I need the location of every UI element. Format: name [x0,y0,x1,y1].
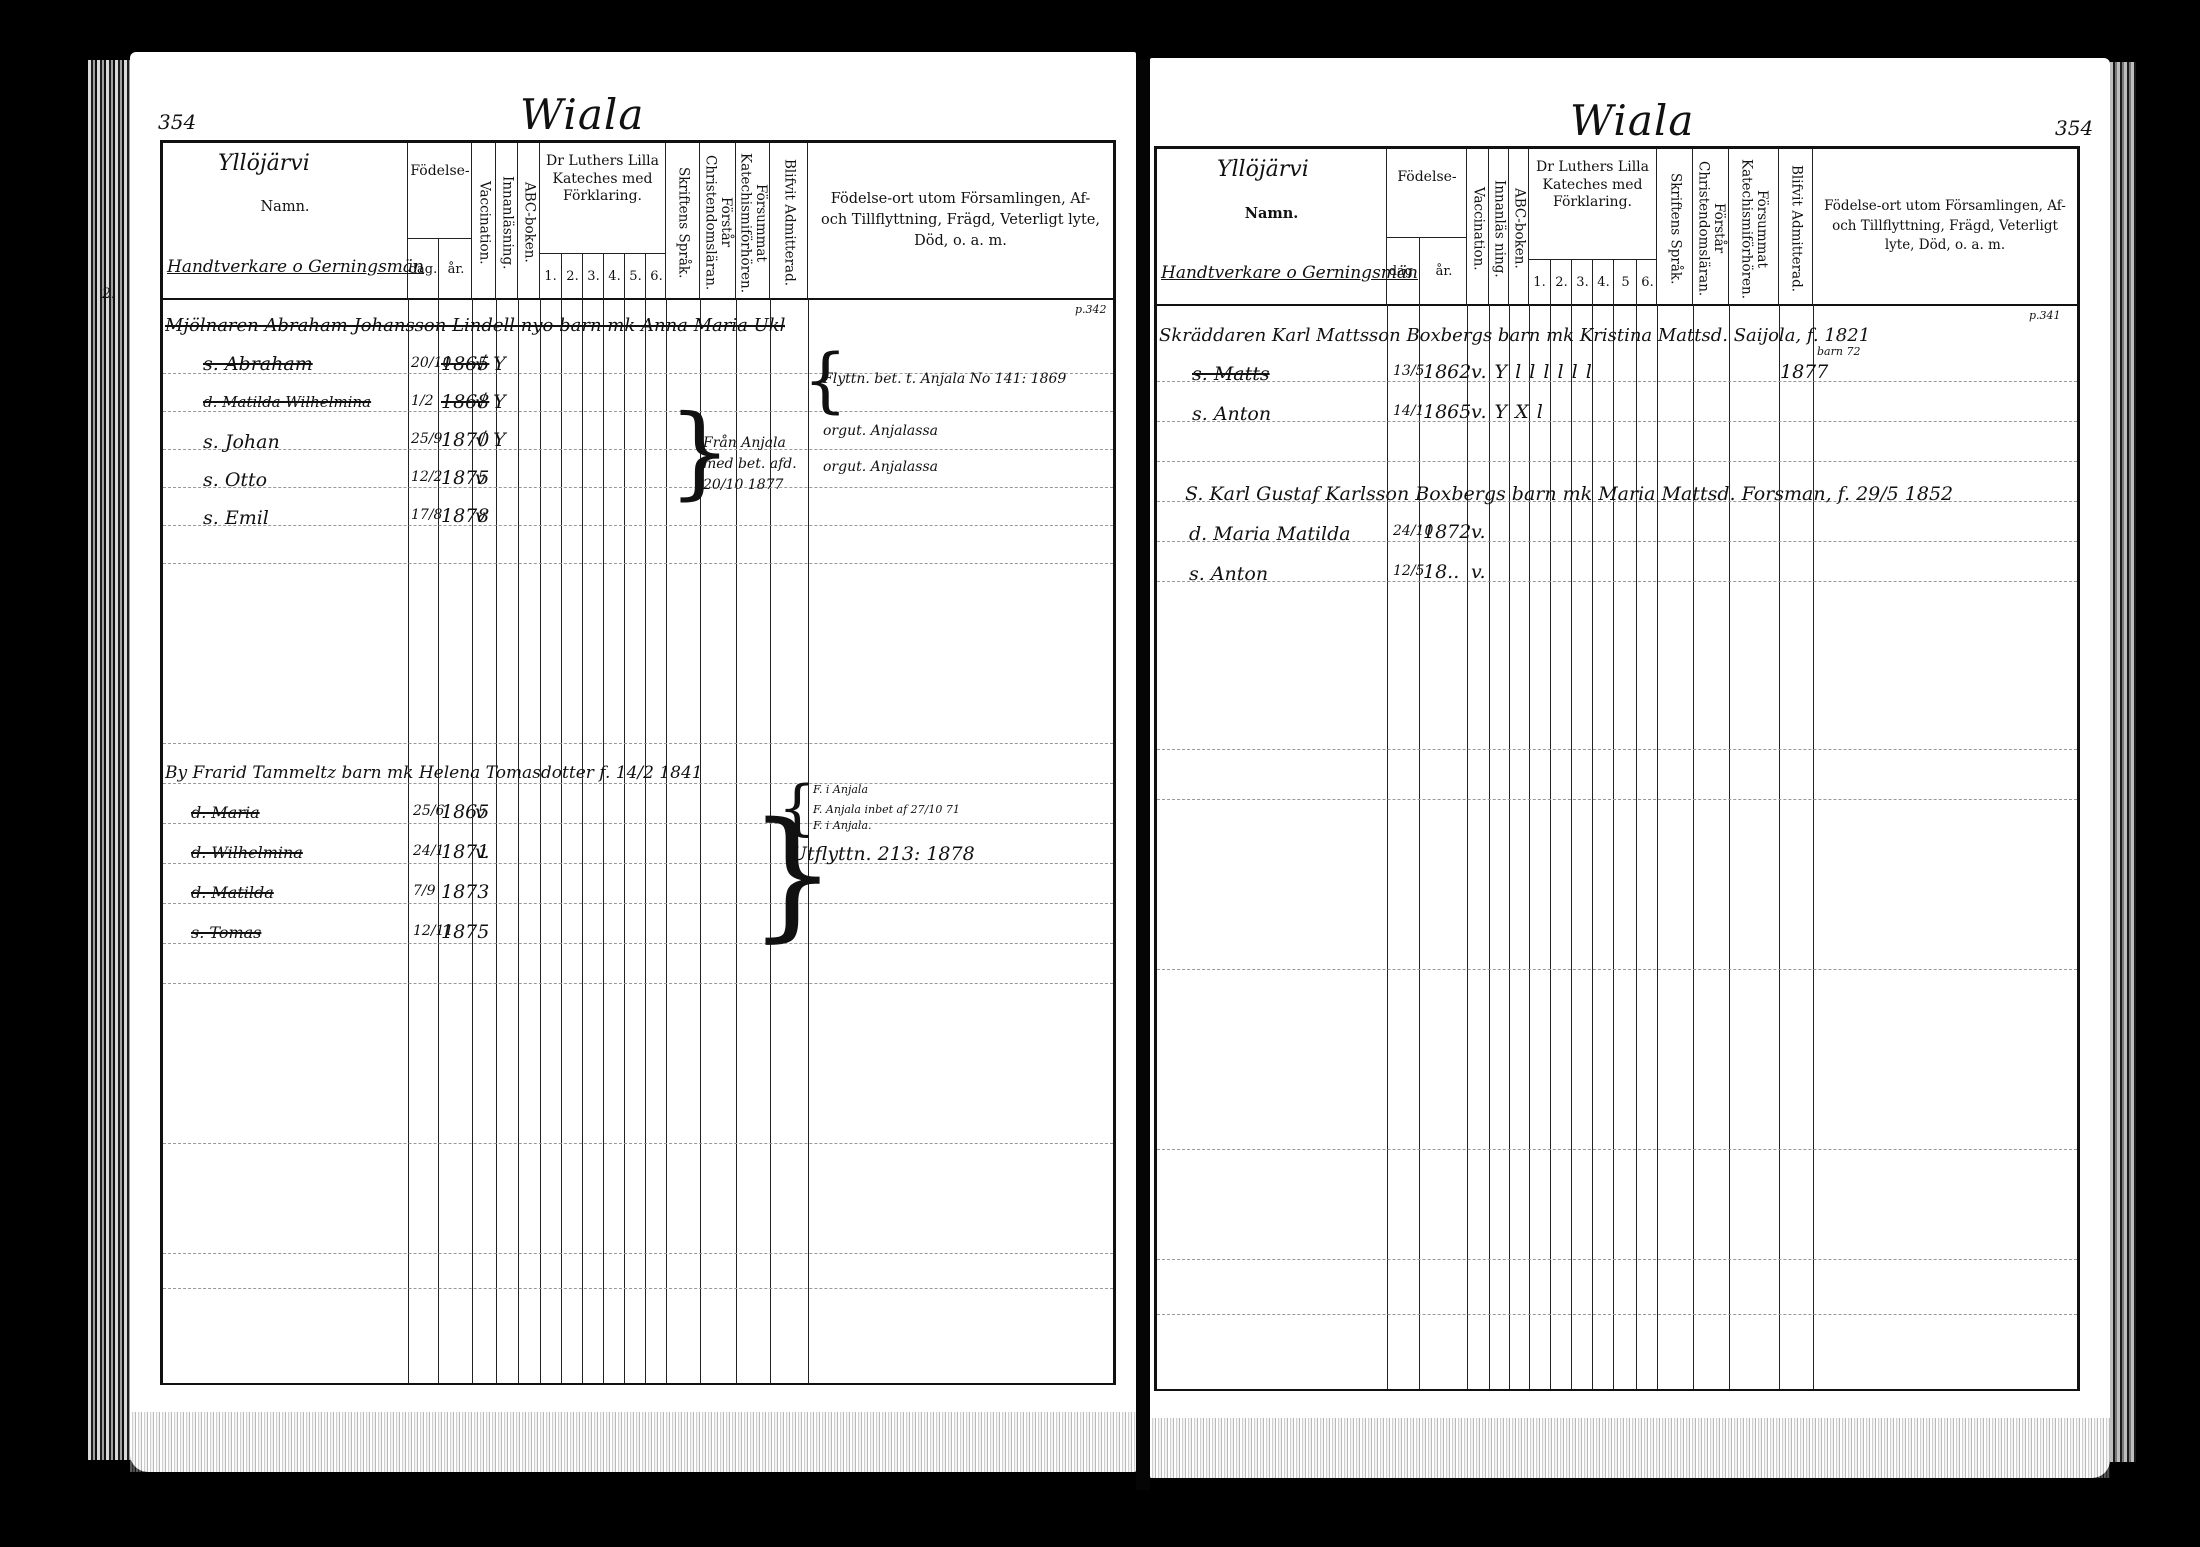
header-fodelseort: Födelse-ort utom Församlingen, Af- och T… [808,143,1113,298]
section-heading: Handtverkare o Gerningsmän [167,257,424,277]
village-name: Yllöjärvi [218,151,310,176]
left-page: 354 Wiala Yllöjärvi Namn. Handtverkare o… [130,52,1136,1472]
header-abc-boken: ABC-boken. [518,143,540,298]
header-luthers-katekes: Dr Luthers Lilla Kateches med Förklaring… [1529,149,1657,304]
header-innanlasning: Innanläsning. [496,143,518,298]
row-marker: 2. [102,286,115,302]
member-name: s. Emil [203,507,269,529]
corner-reference: p.341 [2029,309,2061,322]
note: Flyttn. bet. t. Anjala No 141: 1869 [823,371,1066,387]
corner-reference: p.342 [1075,303,1107,316]
member-name: d. Matilda Wilhelmina [203,393,371,411]
member-name: d. Matilda [191,883,274,902]
header-forsummat: Försummat Katechismiförhören. [1729,149,1779,304]
header-vaccination: Vaccination. [1467,149,1489,304]
household-head: By Frarid Tammeltz barn mk Helena Tomasd… [165,763,785,783]
dag-label: dag. [1387,238,1419,305]
village-name: Yllöjärvi [1217,157,1309,182]
member-name: s. Anton [1189,563,1268,585]
member-name: s. Abraham [203,353,313,375]
register-table: Yllöjärvi Namn. Handtverkare o Gerningsm… [1154,146,2080,1391]
header-namn: Yllöjärvi Namn. Handtverkare o Gerningsm… [1157,149,1387,304]
header-innanlasning: Innanläs ning. [1489,149,1509,304]
household-head: S. Karl Gustaf Karlsson Boxbergs barn mk… [1185,483,1953,505]
right-page: Wiala 354 Yllöjärvi Namn. Handtverkare o… [1150,58,2110,1478]
parish-heading: Wiala [1570,96,1694,145]
note: orgut. Anjalassa [823,459,938,475]
header-namn: Yllöjärvi Namn. Handtverkare o Gerningsm… [163,143,408,298]
header-blifvit-admitterad: Blifvit Admitterad. [1779,149,1813,304]
page-number: 354 [158,110,196,134]
household-head: Mjölnaren Abraham Johansson Lindell nyo … [165,315,785,336]
header-fodelse: Födelse- dag. år. [1387,149,1467,304]
book-page-edges-right [2110,62,2136,1462]
header-abc-boken: ABC-boken. [1509,149,1529,304]
member-name: s. Anton [1192,403,1271,425]
luthers-sub-columns: 1. 2. 3. 4. 5 6. [1529,259,1657,305]
head-note: barn 72 [1817,345,1860,358]
dag-label: dag. [408,239,438,299]
ar-label: år. [438,239,473,299]
header-forsummat: Försummat Katechismiförhören. [736,143,770,298]
member-name: d. Maria Matilda [1189,523,1351,545]
section-heading: Handtverkare o Gerningsmän [1161,263,1418,283]
header-fodelseort: Födelse-ort utom Församlingen, Af- och T… [1813,149,2077,304]
header-luthers-katekes: Dr Luthers Lilla Kateches med Förklaring… [540,143,666,298]
member-name: s. Tomas [191,923,261,942]
note: Från Anjala med bet. afd. 20/10 1877 [703,433,813,496]
member-name: s. Johan [203,431,280,453]
parish-heading: Wiala [520,90,644,139]
namn-label: Namn. [1157,205,1386,222]
brace-icon: } [748,793,837,956]
ar-label: år. [1419,238,1468,305]
header-forstar-christendom: Förstår Christendomsläran. [1693,149,1729,304]
header-skriftens-sprak: Skriftens Språk. [666,143,700,298]
admitted-year: 1877 [1780,361,1828,383]
note: orgut. Anjalassa [823,423,938,439]
member-name: d. Wilhelmina [191,843,303,862]
luthers-sub-columns: 1. 2. 3. 4. 5. 6. [540,253,666,299]
header-skriftens-sprak: Skriftens Språk. [1657,149,1693,304]
member-name: s. Otto [203,469,267,491]
page-number: 354 [2055,116,2093,140]
book-page-edges-left [88,60,136,1460]
member-name: d. Maria [191,803,260,822]
header-fodelse: Födelse- dag. år. [408,143,472,298]
header-forstar-christendom: Förstår Christendomsläran. [700,143,736,298]
register-table: Yllöjärvi Namn. Handtverkare o Gerningsm… [160,140,1116,1385]
note: Utflyttn. 213: 1878 [791,843,975,865]
header-blifvit-admitterad: Blifvit Admitterad. [770,143,808,298]
namn-label: Namn. [163,199,407,215]
member-name: s. Matts [1192,363,1270,385]
header-vaccination: Vaccination. [472,143,496,298]
book-spine [1136,60,1150,1490]
household-head: Skräddaren Karl Mattsson Boxbergs barn m… [1159,325,1870,346]
